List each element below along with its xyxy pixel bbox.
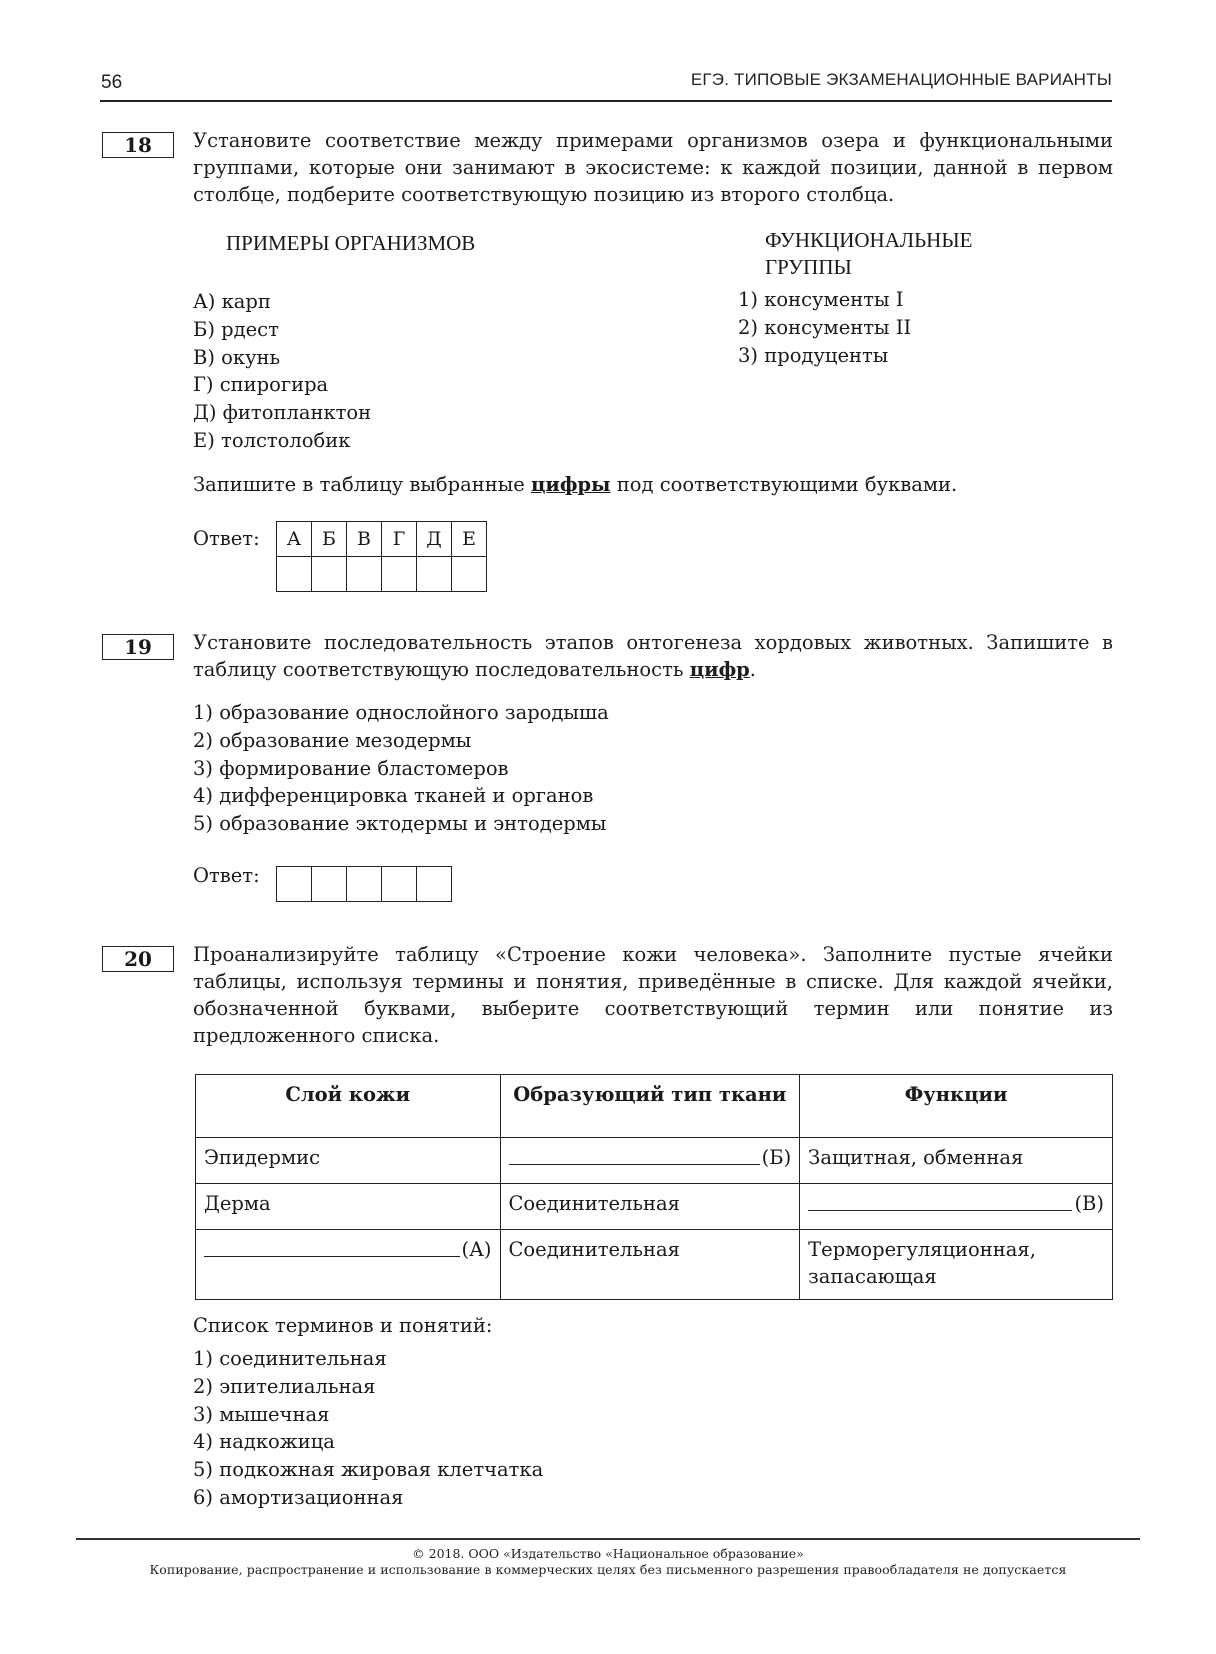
header-divider [100,100,1112,102]
list-item: 6) амортизационная [193,1484,543,1512]
q18-prompt: Установите соответствие между примерами … [193,127,1113,208]
question-number-20: 20 [102,946,174,972]
q19-answer-label: Ответ: [193,864,260,887]
table-cell: Соединительная [500,1230,800,1300]
list-item: 3) формирование бластомеров [193,755,609,783]
list-item: 3) мышечная [193,1401,543,1429]
question-number-18: 18 [102,132,174,158]
answer-header-cell: В [347,522,382,557]
blank-label: (Б) [762,1144,792,1171]
list-item: 5) образование эктодермы и энтодермы [193,810,609,838]
fill-line [509,1164,760,1165]
q18-organism-list: А) карп Б) рдест В) окунь Г) спирогира Д… [193,288,371,455]
answer-input-cell[interactable] [277,557,312,592]
list-item: 2) консументы II [738,314,911,342]
table-cell: Защитная, обменная [800,1138,1113,1184]
list-item: 2) эпителиальная [193,1373,543,1401]
list-item: Д) фитопланктон [193,399,371,427]
q20-term-list: 1) соединительная 2) эпителиальная 3) мы… [193,1345,543,1512]
fill-line [808,1210,1072,1211]
table-row: Эпидермис (Б) Защитная, обменная [196,1138,1113,1184]
fill-line [204,1256,460,1257]
q18-answer-grid: А Б В Г Д Е [276,521,487,592]
list-item: 4) дифференцировка тканей и органов [193,782,609,810]
list-item: А) карп [193,288,371,316]
answer-header-cell: Д [417,522,452,557]
list-item: 5) подкожная жировая клетчатка [193,1456,543,1484]
table-header: Слой кожи [196,1075,501,1138]
blank-cell-b[interactable]: (Б) [500,1138,800,1184]
q18-right-heading-2: ГРУППЫ [765,254,852,281]
prompt-text: . [750,658,756,681]
page-number: 56 [101,72,122,94]
list-item: Г) спирогира [193,371,371,399]
answer-header-cell: Е [452,522,487,557]
table-cell: Эпидермис [196,1138,501,1184]
list-item: Б) рдест [193,316,371,344]
q19-prompt: Установите последовательность этапов онт… [193,629,1113,683]
footer-copyright: © 2018. ООО «Издательство «Национальное … [0,1546,1216,1561]
answer-input-cell[interactable] [417,557,452,592]
list-item: В) окунь [193,344,371,372]
q19-stage-list: 1) образование однослойного зародыша 2) … [193,699,609,838]
instruction-text: под соответствующими буквами. [611,473,958,496]
running-header-title: ЕГЭ. ТИПОВЫЕ ЭКЗАМЕНАЦИОННЫЕ ВАРИАНТЫ [691,70,1112,90]
answer-input-cell[interactable] [347,557,382,592]
q20-list-title: Список терминов и понятий: [193,1312,492,1340]
prompt-emphasis: цифр [690,658,750,681]
answer-header-cell: Б [312,522,347,557]
table-row: Дерма Соединительная (В) [196,1184,1113,1230]
list-item: 1) консументы I [738,286,911,314]
table-row: (А) Соединительная Терморегуляционная, з… [196,1230,1113,1300]
prompt-text: Установите последовательность этапов онт… [193,631,1113,681]
q18-answer-label: Ответ: [193,527,260,550]
answer-input-cell[interactable] [417,867,452,902]
answer-input-cell[interactable] [312,557,347,592]
q18-left-heading: ПРИМЕРЫ ОРГАНИЗМОВ [226,230,475,257]
skin-structure-table: Слой кожи Образующий тип ткани Функции Э… [195,1074,1113,1300]
answer-input-cell[interactable] [382,867,417,902]
instruction-emphasis: цифры [531,473,611,496]
list-item: Е) толстолобик [193,427,371,455]
blank-cell-v[interactable]: (В) [800,1184,1113,1230]
list-item: 4) надкожица [193,1428,543,1456]
answer-input-cell[interactable] [382,557,417,592]
q19-answer-grid [276,866,452,902]
blank-label: (В) [1074,1190,1104,1217]
instruction-text: Запишите в таблицу выбранные [193,473,531,496]
table-cell: Соединительная [500,1184,800,1230]
table-header: Функции [800,1075,1113,1138]
answer-header-cell: А [277,522,312,557]
blank-label: (А) [462,1236,492,1263]
q20-prompt: Проанализируйте таблицу «Строение кожи ч… [193,941,1113,1049]
table-cell: Терморегуляционная, запасающая [800,1230,1113,1300]
q18-group-list: 1) консументы I 2) консументы II 3) прод… [738,286,911,369]
table-header: Образующий тип ткани [500,1075,800,1138]
answer-header-cell: Г [382,522,417,557]
answer-input-cell[interactable] [277,867,312,902]
q18-instruction: Запишите в таблицу выбранные цифры под с… [193,471,957,499]
answer-input-cell[interactable] [312,867,347,902]
q18-right-heading-1: ФУНКЦИОНАЛЬНЫЕ [765,227,972,254]
list-item: 1) соединительная [193,1345,543,1373]
list-item: 2) образование мезодермы [193,727,609,755]
list-item: 1) образование однослойного зародыша [193,699,609,727]
question-number-19: 19 [102,634,174,660]
footer-notice: Копирование, распространение и использов… [0,1562,1216,1577]
list-item: 3) продуценты [738,342,911,370]
answer-input-cell[interactable] [347,867,382,902]
footer-divider [76,1538,1140,1540]
table-cell: Дерма [196,1184,501,1230]
blank-cell-a[interactable]: (А) [196,1230,501,1300]
answer-input-cell[interactable] [452,557,487,592]
